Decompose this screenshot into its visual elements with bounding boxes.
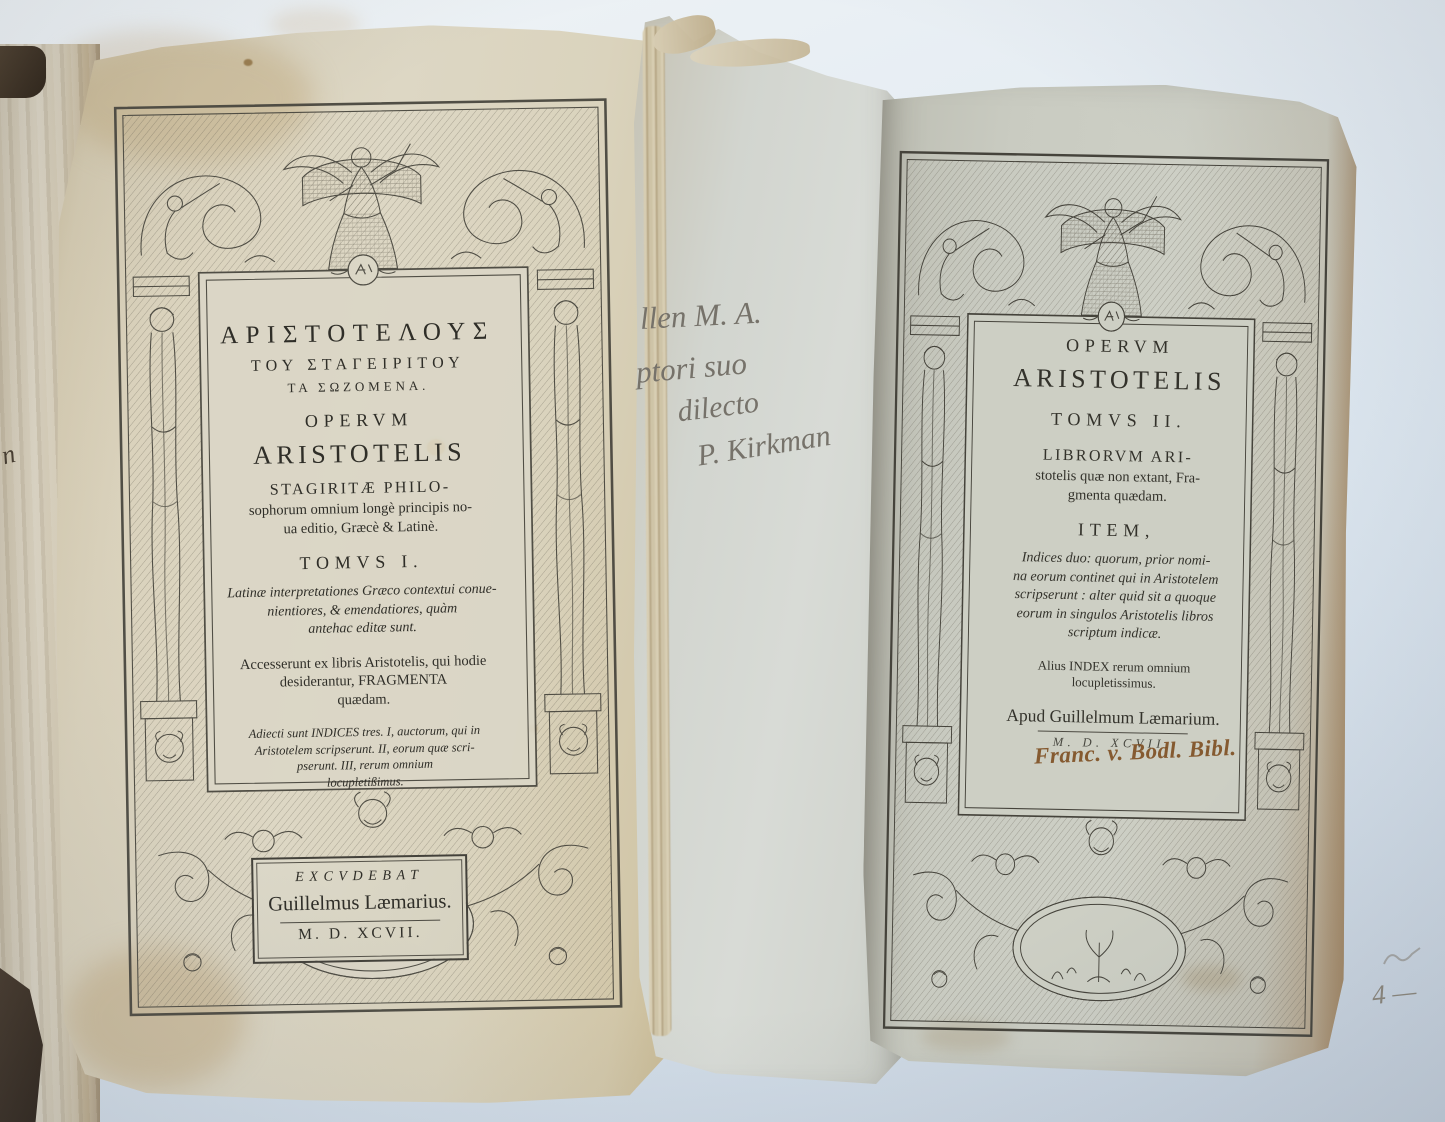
left-title-line: quædam. (214, 688, 514, 712)
right-title-line: ITEM, (981, 518, 1251, 545)
left-imprint-tablet: EXCVDEBAT Guillelmus Læmarius. M. D. XCV… (251, 854, 469, 964)
left-title-text-panel: ΑΡΙΣΤΟΤΕΛΟΥΣΤΟΥ ΣΤΑΓΕΙΡΙΤΟΥΤΑ ΣΩΖΟΜΕΝΑ.O… (195, 276, 528, 798)
left-title-line: TOMVS I. (211, 550, 511, 577)
foxing-spot (527, 724, 537, 732)
left-title-line: OPERVM (209, 407, 509, 434)
imprint-date: M. D. XCVII. (254, 923, 466, 946)
left-title-line: ΤΟΥ ΣΤΑΓΕΙΡΙΤΟΥ (208, 352, 508, 377)
right-title-line: OPERVM (985, 333, 1255, 360)
left-title-line: ΤΑ ΣΩΖΟΜΕΝΑ. (208, 376, 508, 397)
foxing-spot (244, 59, 253, 66)
left-title-line: ΑΡΙΣΤΟΤΕΛΟΥΣ (207, 316, 507, 352)
right-title-line: gmenta quædam. (982, 484, 1252, 508)
left-title-line: STAGIRITÆ PHILO- (210, 476, 510, 501)
right-book-flyleaf (634, 16, 906, 1084)
imprint-excudebat: EXCVDEBAT (253, 866, 465, 887)
right-title-line: ARISTOTELIS (984, 361, 1255, 398)
photo-of-two-antique-books: ΑΡΙΣΤΟΤΕΛΟΥΣΤΟΥ ΣΤΑΓΕΙΡΙΤΟΥΤΑ ΣΩΖΟΜΕΝΑ.O… (0, 0, 1445, 1122)
imprint-printer-name: Guillelmus Læmarius. (254, 889, 466, 918)
left-title-line: antehac editæ sunt. (212, 617, 512, 641)
right-title-line: Apud Guillelmum Læmarium. (978, 705, 1248, 736)
left-title-line: ARISTOTELIS (209, 435, 510, 472)
pencil-inscription: llen M. A.ptori suodilectoP. Kirkman (637, 291, 910, 460)
right-title-line: TOMVS II. (984, 407, 1254, 434)
foxing-spot (1182, 965, 1242, 992)
imprint-rule (280, 920, 440, 924)
pencil-page-number: 4 — (1371, 976, 1418, 1011)
paper-toning (65, 947, 246, 1089)
right-title-line: LIBRORVM ARI- (983, 444, 1253, 469)
left-book-leather-corner-top (0, 46, 46, 98)
foxing-spot (921, 1021, 1011, 1052)
